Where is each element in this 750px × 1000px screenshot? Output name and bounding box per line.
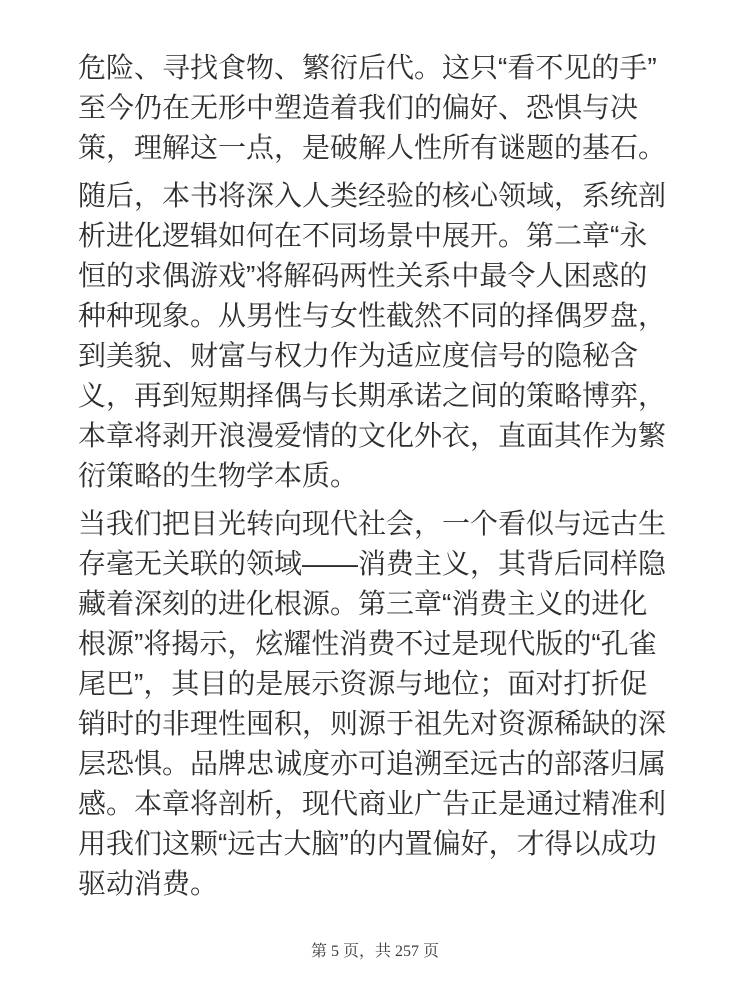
document-page: 危险、寻找食物、繁衍后代。这只“看不见的手”至今仍在无形中塑造着我们的偏好、恐惧… bbox=[0, 0, 750, 1000]
paragraph-2: 随后，本书将深入人类经验的核心领域，系统剖析进化逻辑如何在不同场景中展开。第二章… bbox=[78, 176, 672, 496]
paragraph-3: 当我们把目光转向现代社会，一个看似与远古生存毫无关联的领域——消费主义，其背后同… bbox=[78, 504, 672, 904]
page-text-content: 危险、寻找食物、繁衍后代。这只“看不见的手”至今仍在无形中塑造着我们的偏好、恐惧… bbox=[78, 48, 672, 912]
paragraph-1: 危险、寻找食物、繁衍后代。这只“看不见的手”至今仍在无形中塑造着我们的偏好、恐惧… bbox=[78, 48, 672, 168]
page-number-indicator: 第 5 页，共 257 页 bbox=[0, 941, 750, 963]
